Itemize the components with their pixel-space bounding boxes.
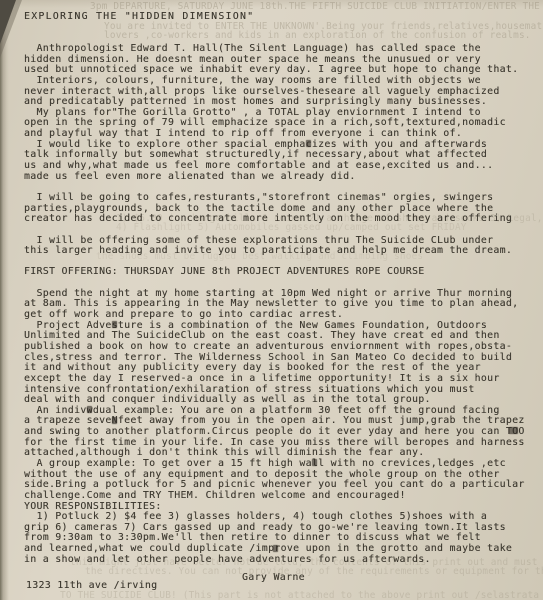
document-line: FIRST OFFERING: THURSDAY JUNE 8th PROJEC…: [24, 266, 525, 277]
document-line: Spend the night at my home starting at 1…: [24, 288, 525, 299]
document-line: I would like to explore other spacial em…: [24, 139, 525, 150]
document-line: us and why,what made us feel more comfor…: [24, 160, 525, 171]
signature: Gary Warne: [242, 572, 305, 583]
document-line: used but unnoticed space we inhabit ever…: [24, 64, 525, 75]
overstrike-mark: [112, 417, 117, 424]
document-line: grip 6) cameras 7) Cars gassed up and re…: [24, 522, 525, 533]
overstrike-mark: [112, 321, 117, 328]
document-line: A group example: To get over a 15 ft hig…: [24, 458, 525, 469]
overstrike-mark: [273, 545, 278, 552]
document-line: side.Bring a potluck for 5 and picnic wh…: [24, 479, 525, 490]
document-line: [24, 256, 525, 267]
document-line: open in the spring of 79 will emphacize …: [24, 117, 525, 128]
document-line: Project Advesture is a combination of th…: [24, 320, 525, 331]
document-line: in a show and let other people have adve…: [24, 554, 525, 565]
document-line: a trapeze seveNfeet away from you in the…: [24, 415, 525, 426]
document-line: YOUR RESPONSIBILITIES:: [24, 501, 525, 512]
document-line: and swing to another platform.Circus peo…: [24, 426, 525, 437]
document-line: intensive confrontation/exhilaration of …: [24, 384, 525, 395]
bleedthrough-line: TO THE SUICIDE CLUB! (This part is not a…: [0, 590, 543, 600]
overstrike-mark: [87, 406, 92, 413]
document-line: [24, 181, 525, 192]
document-line: and playful way that I intend to rip off…: [24, 128, 525, 139]
address: 1323 11th ave /irving: [26, 580, 157, 591]
document-line: Interiors, colours, furniture, the way r…: [24, 75, 525, 86]
document-line: I will be going to cafes,resturants,"sto…: [24, 192, 525, 203]
document-line: get off work and prepare to go into card…: [24, 309, 525, 320]
bleedthrough-line: lovers ,co-workers and kids in an explor…: [0, 30, 543, 41]
overstrike-mark: [306, 140, 311, 147]
document-line: [24, 224, 525, 235]
document-line: My plans for"The Gorilla Grotto" , a TOT…: [24, 107, 525, 118]
document-line: without the use of any equipment and to …: [24, 469, 525, 480]
document-line: it and without any publicity every day i…: [24, 362, 525, 373]
document-line: Unlimited and The SuicideClub on the eas…: [24, 330, 525, 341]
document-line: challenge.Come and TRY THEM. Children we…: [24, 490, 525, 501]
document-line: hidden dimension. He doesnt mean outer s…: [24, 54, 525, 65]
document-line: for the first time in your life. In case…: [24, 437, 525, 448]
document-line: this larger heading and invite you to pa…: [24, 245, 525, 256]
document-line: from 9:30am to 3:30pm.We'll then retire …: [24, 532, 525, 543]
document-line: at 8am. This is appearing in the May new…: [24, 298, 525, 309]
overstrike-mark: [509, 427, 518, 434]
overstrike-mark: [312, 459, 317, 466]
document-line: creator has decided to concentrate more …: [24, 213, 525, 224]
document-line: [24, 277, 525, 288]
document-line: published a book on how to create an adv…: [24, 341, 525, 352]
document-line: deal with and conquer individually as we…: [24, 394, 525, 405]
document-title: EXPLORING THE "HIDDEN DIMENSION": [24, 11, 254, 22]
document-line: never interact with,all props like ourse…: [24, 86, 525, 97]
document-line: parties,playgrounds, back to the tactile…: [24, 203, 525, 214]
document-line: Anthropologist Edward T. Hall(The Silent…: [24, 43, 525, 54]
document-line: An indivwdual example: You are on a plat…: [24, 405, 525, 416]
document-line: attached,although i don't think this wil…: [24, 447, 525, 458]
scanned-document-page: 3pm DEPARTURE, SATURDAY JUNE 18th.THE FI…: [0, 0, 543, 600]
document-line: made us feel even more alienated than we…: [24, 171, 525, 182]
document-line: cles,stress and terror. The Wilderness S…: [24, 352, 525, 363]
document-line: I will be offering some of these explora…: [24, 235, 525, 246]
document-body: Anthropologist Edward T. Hall(The Silent…: [24, 43, 525, 564]
document-line: 1) Potluck 2) $4 fee 3) glasses holders,…: [24, 511, 525, 522]
document-line: and predicatably patterned in most homes…: [24, 96, 525, 107]
paper-edge: [0, 0, 9, 600]
document-line: except the day I reserved-a once in a li…: [24, 373, 525, 384]
document-line: talk informally but somewhat structuredl…: [24, 149, 525, 160]
